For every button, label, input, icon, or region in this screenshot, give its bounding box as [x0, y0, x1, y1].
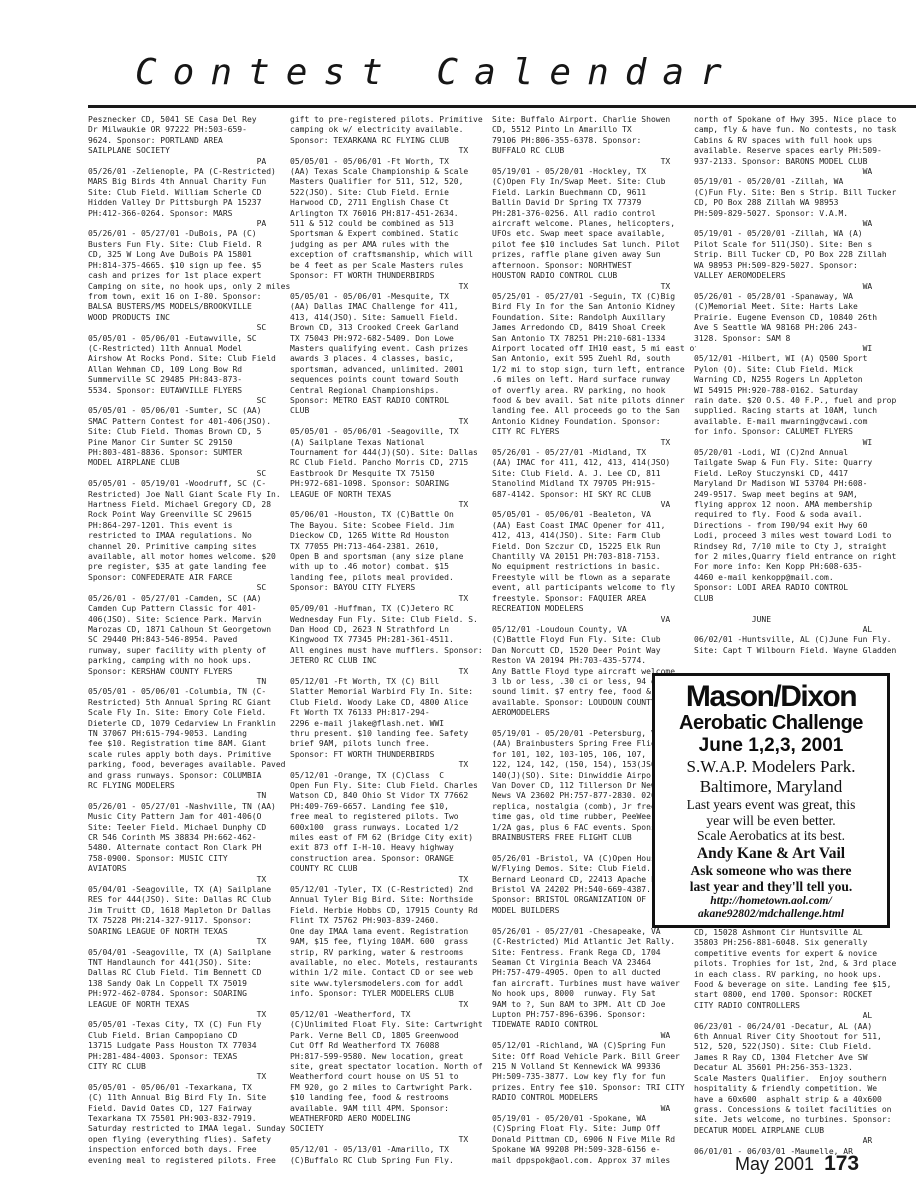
page-title: Contest Calendar: [135, 52, 738, 93]
calendar-column-4-top: north of Spokane of Hwy 395. Nice place …: [694, 115, 916, 671]
ad-city: Baltimore, Maryland: [657, 777, 885, 797]
ad-subtitle: Aerobatic Challenge: [657, 712, 885, 735]
page-number: 173: [824, 1152, 859, 1176]
ad-pitch: Ask someone who was there last year and …: [657, 863, 885, 895]
ad-body-text: Last years event was great, this year wi…: [657, 797, 885, 844]
title-rule: [88, 105, 916, 108]
ad-title: Mason/Dixon: [657, 682, 885, 712]
calendar-column-2: gift to pre-registered pilots. Primitive…: [290, 115, 494, 1175]
ad-hosts: Andy Kane & Art Vail: [657, 844, 885, 863]
mason-dixon-ad: Mason/Dixon Aerobatic Challenge June 1,2…: [652, 673, 890, 928]
calendar-column-3: Site: Buffalo Airport. Charlie Showen CD…: [492, 115, 696, 1175]
ad-venue: S.W.A.P. Modelers Park.: [657, 757, 885, 777]
calendar-column-1: Pesznecker CD, 5041 SE Casa Del Rey Dr M…: [88, 115, 292, 1175]
magazine-page: Contest Calendar Pesznecker CD, 5041 SE …: [0, 0, 916, 1200]
issue-date: May 2001: [735, 1154, 814, 1175]
page-footer: May 2001 173: [735, 1152, 859, 1176]
calendar-column-4-bottom: CD, 15028 Ashmont Cir Huntsville AL 3580…: [694, 928, 916, 1168]
ad-dates: June 1,2,3, 2001: [657, 735, 885, 757]
ad-url: http://hometown.aol.com/ akane92802/mdch…: [657, 895, 885, 922]
